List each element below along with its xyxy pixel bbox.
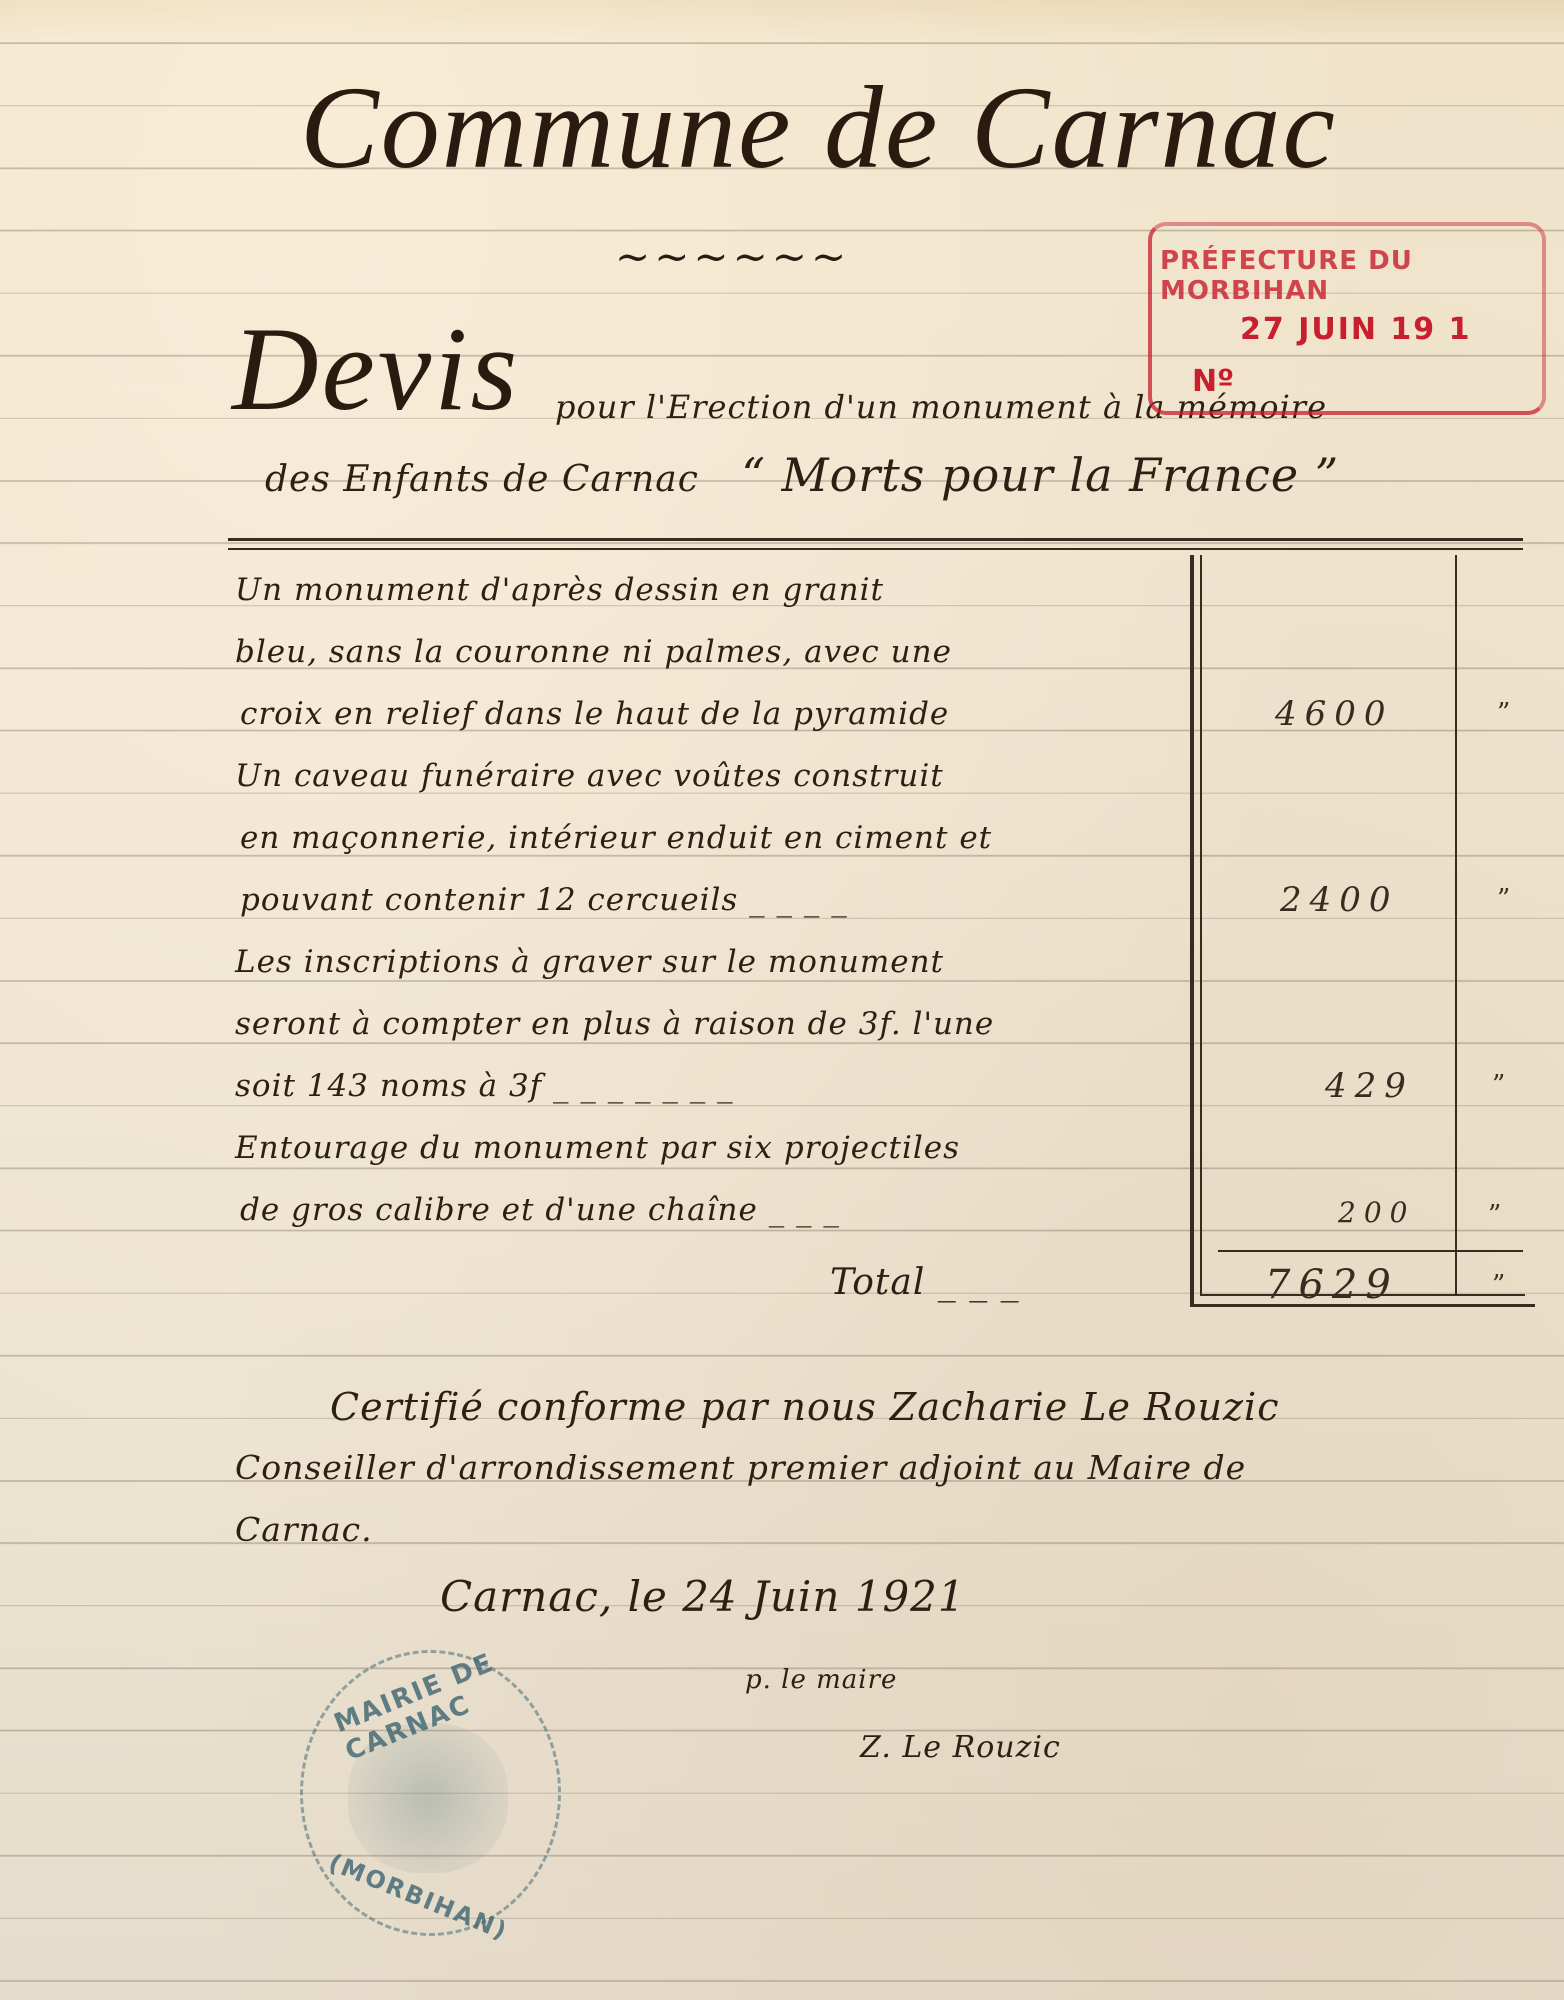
- item-line-1: Un monument d'après dessin en granit: [235, 572, 884, 608]
- subtotal-rule: [1218, 1250, 1523, 1252]
- item-line-4: Un caveau funéraire avec voûtes construi…: [235, 758, 944, 794]
- commune-title: Commune de Carnac: [300, 60, 1337, 196]
- table-top-rule: [228, 538, 1523, 541]
- amount-caveau: 2400: [1280, 880, 1399, 920]
- item-line-2: bleu, sans la couronne ni palmes, avec u…: [235, 634, 952, 670]
- heading-line-2: des Enfants de Carnac “ Morts pour la Fr…: [265, 448, 1339, 502]
- cents-monument: ”: [1497, 698, 1510, 728]
- item-line-10: Entourage du monument par six projectile…: [235, 1130, 960, 1166]
- item-line-6: pouvant contenir 12 cercueils _ _ _ _: [240, 882, 848, 918]
- item-line-8: seront à compter en plus à raison de 3f.…: [235, 1006, 994, 1042]
- table-left-thin-rule: [1200, 555, 1202, 1295]
- devis-heading: Devis: [232, 300, 520, 438]
- cents-entourage: ”: [1488, 1200, 1501, 1230]
- signature: Z. Le Rouzic: [860, 1730, 1061, 1765]
- item-line-3: croix en relief dans le haut de la pyram…: [240, 696, 949, 732]
- prefecture-stamp: PRÉFECTURE DU MORBIHAN 27 JUIN 19 1 Nº: [1148, 222, 1546, 415]
- total-amount: 7629: [1265, 1262, 1399, 1308]
- amount-inscriptions: 429: [1325, 1066, 1414, 1106]
- item-line-5: en maçonnerie, intérieur enduit en cimen…: [240, 820, 992, 856]
- prefecture-stamp-title: PRÉFECTURE DU MORBIHAN: [1160, 246, 1542, 306]
- table-top-rule-2: [228, 548, 1523, 550]
- total-cents: ”: [1492, 1270, 1505, 1300]
- prefecture-stamp-date: 27 JUIN 19 1: [1240, 312, 1472, 347]
- total-label: Total _ _ _: [830, 1262, 1020, 1303]
- place-and-date: Carnac, le 24 Juin 1921: [440, 1572, 966, 1621]
- cents-inscriptions: ”: [1492, 1070, 1505, 1100]
- item-line-11: de gros calibre et d'une chaîne _ _ _: [240, 1192, 840, 1228]
- amount-entourage: 200: [1338, 1196, 1415, 1229]
- item-line-7: Les inscriptions à graver sur le monumen…: [235, 944, 944, 980]
- signature-note: p. le maire: [745, 1665, 897, 1695]
- title-ornament: ~~~~~~: [615, 232, 850, 281]
- certification-line-2: Conseiller d'arrondissement premier adjo…: [235, 1448, 1246, 1487]
- mairie-seal: MAIRIE DE CARNAC (MORBIHAN): [300, 1650, 561, 1936]
- prefecture-stamp-number: Nº: [1192, 364, 1234, 399]
- certification-line-3: Carnac.: [235, 1510, 373, 1549]
- cents-caveau: ”: [1497, 884, 1510, 914]
- amount-monument: 4600: [1275, 694, 1394, 734]
- heading-enfants: des Enfants de Carnac: [265, 459, 699, 500]
- table-left-thick-rule: [1190, 555, 1194, 1305]
- table-cents-rule: [1455, 555, 1457, 1295]
- heading-morts-pour-la-france: “ Morts pour la France ”: [741, 448, 1339, 502]
- item-line-9: soit 143 noms à 3f _ _ _ _ _ _ _: [235, 1068, 734, 1104]
- certification-line-1: Certifié conforme par nous Zacharie Le R…: [330, 1385, 1280, 1429]
